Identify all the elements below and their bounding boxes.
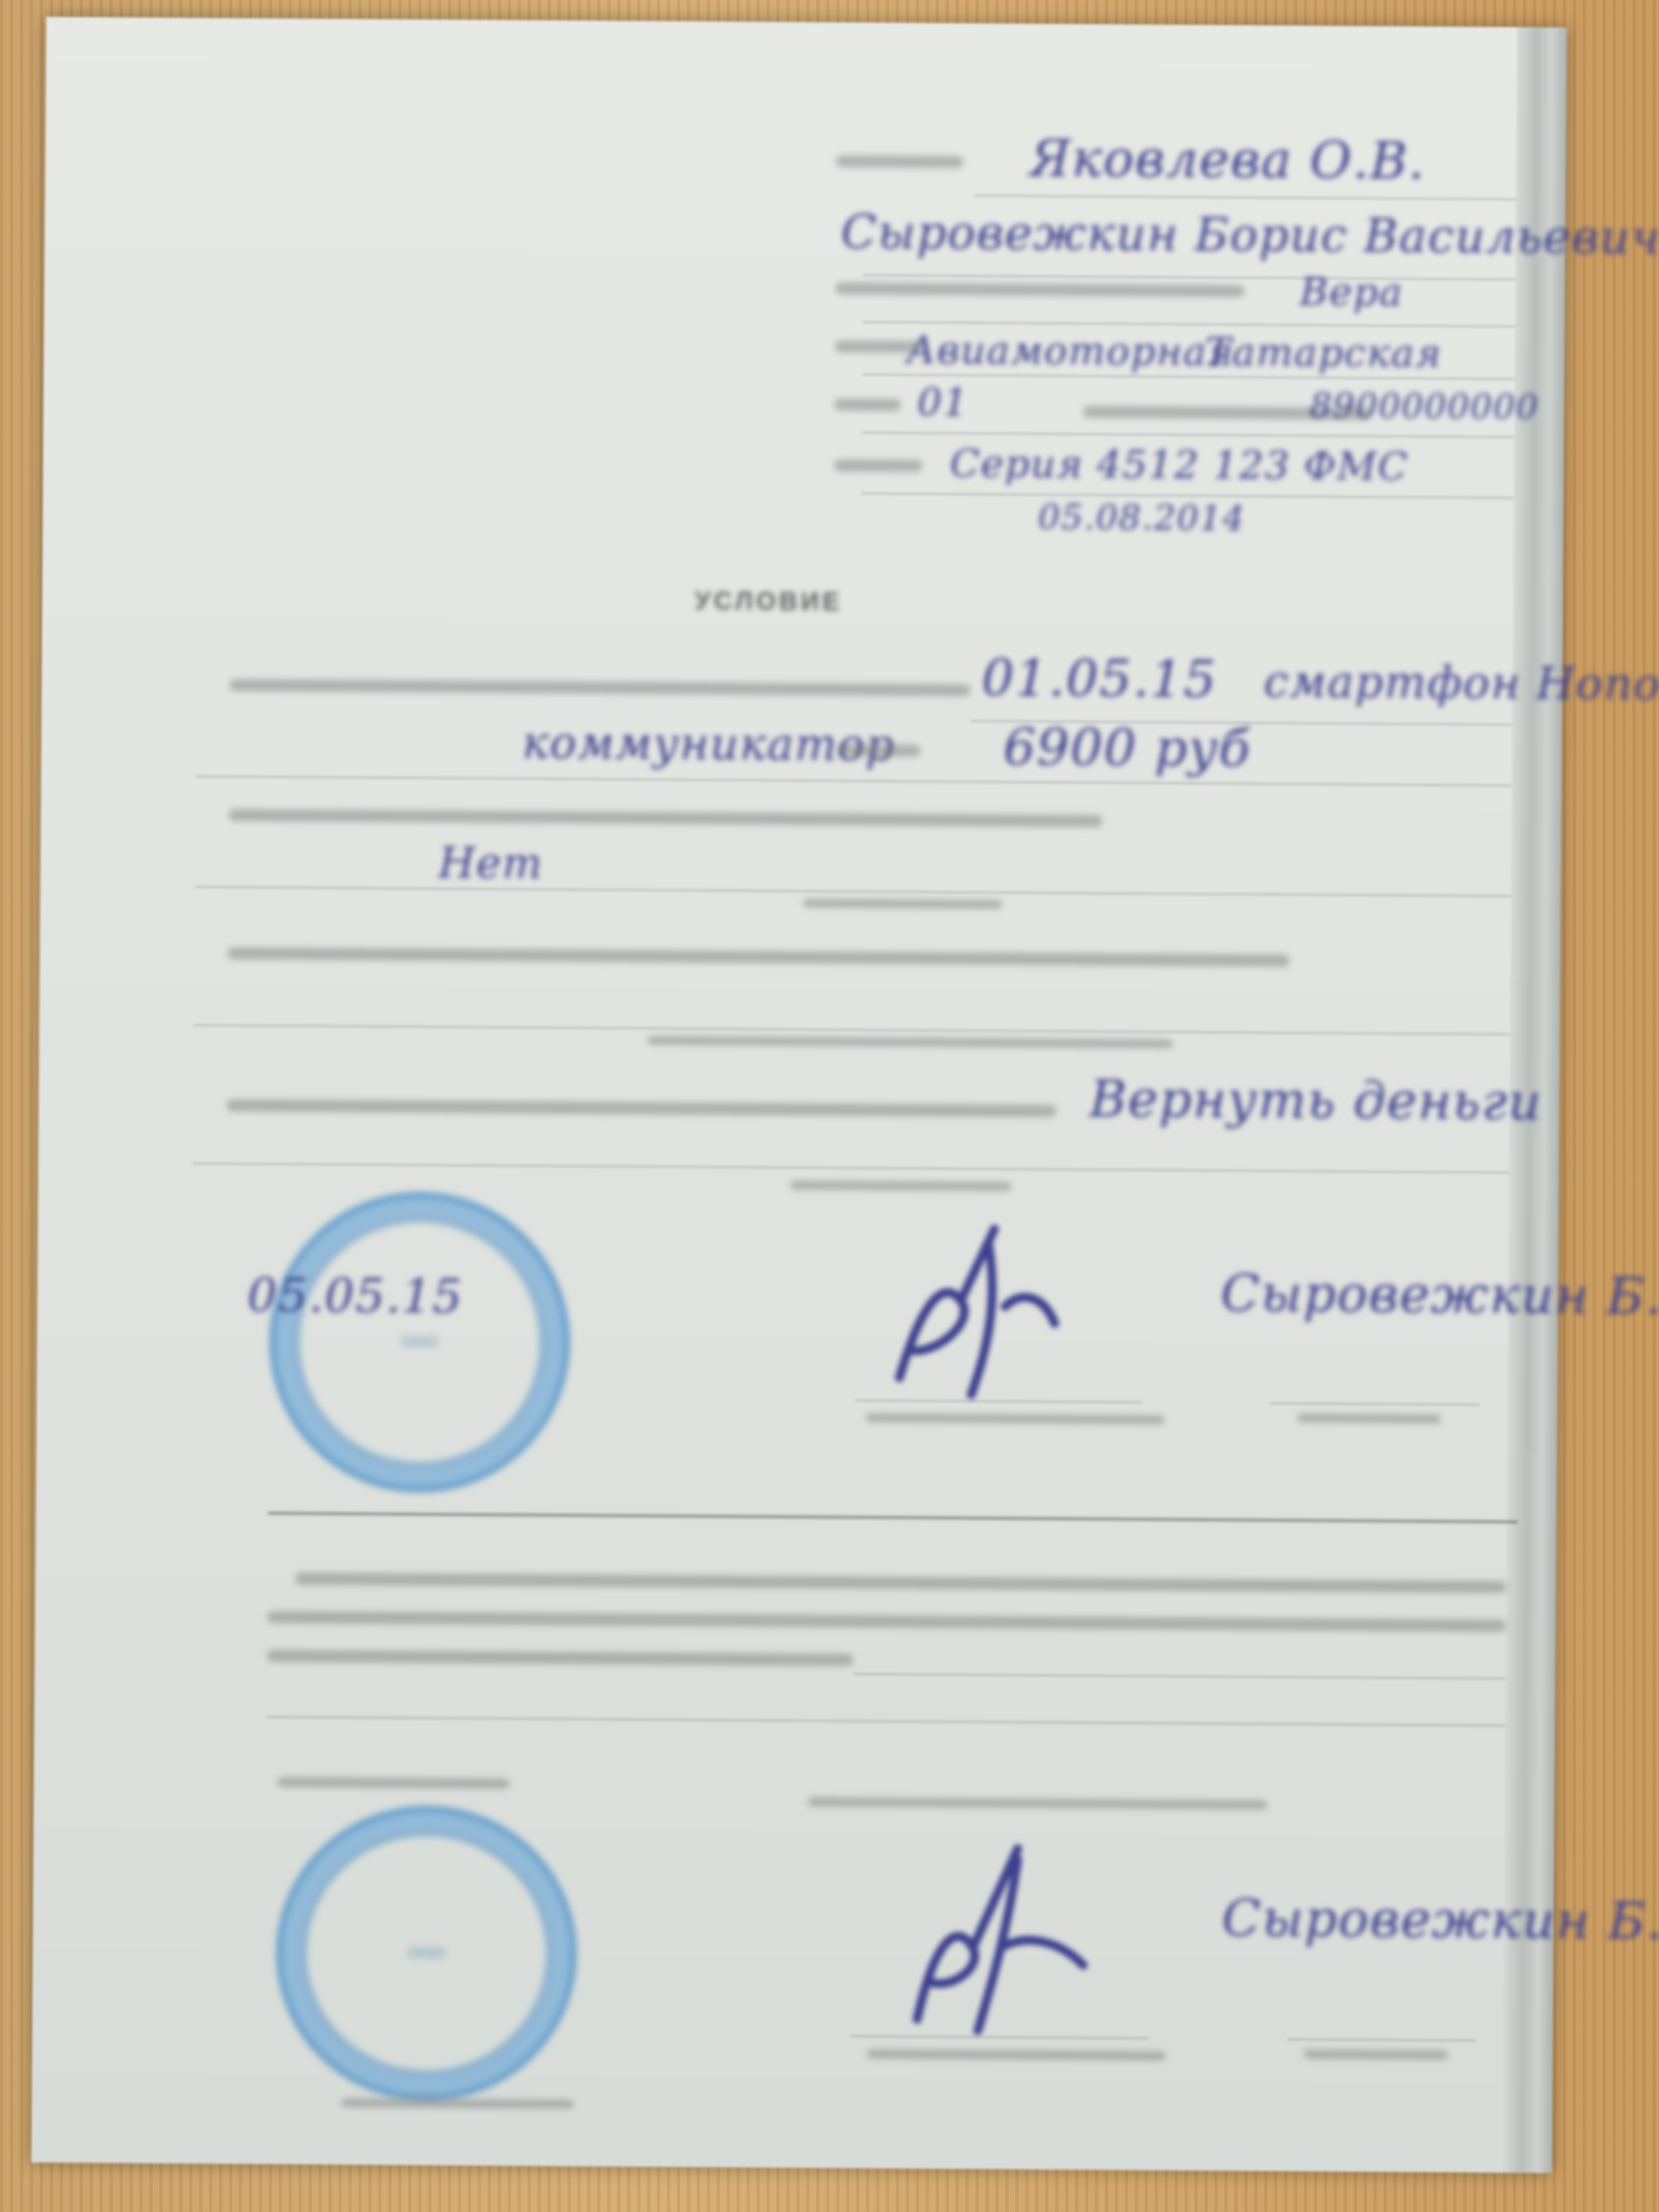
field-underline — [853, 1673, 1506, 1679]
printed-label — [277, 1777, 509, 1788]
item-value: смартфон Honor 8s — [1264, 656, 1659, 711]
purchase-date-value: 01.05.15 — [982, 648, 1217, 709]
section-2-printed-text — [228, 947, 1290, 967]
field-underline — [863, 274, 1515, 280]
street-value: Авиамоторная — [906, 327, 1234, 374]
price-value: 6900 руб — [1003, 718, 1251, 779]
phone-value: 8900000000 — [1310, 385, 1539, 427]
field-underline — [195, 886, 1511, 897]
company-stamp-2: ООО — [275, 1804, 578, 2102]
field-caption — [341, 2098, 573, 2109]
field-caption — [790, 1181, 1011, 1191]
result-printed-text — [267, 1611, 1506, 1632]
printed-label — [837, 744, 920, 757]
field-underline — [196, 775, 1512, 786]
passport-value: Серия 4512 123 ФМС — [950, 441, 1409, 489]
to-whom-value: Яковлева О.В. — [1029, 129, 1426, 191]
signature-1 — [877, 1212, 1110, 1401]
section-divider — [268, 1511, 1518, 1524]
section-1-printed-text — [229, 679, 971, 696]
field-caption — [1297, 1413, 1441, 1423]
printed-label — [834, 398, 901, 411]
document-title: УСЛОВИЕ — [695, 586, 843, 617]
field-caption — [648, 1036, 1173, 1048]
result-printed-text — [295, 1573, 1506, 1593]
stamp-text: ООО — [333, 1333, 506, 1352]
document-page: Яковлева О.В. Сыровежкин Борис Васильеви… — [31, 17, 1567, 2173]
field-caption — [867, 2049, 1166, 2060]
stamp-text: ООО — [340, 1944, 513, 1963]
field-underline — [1287, 2038, 1475, 2041]
passport-date-value: 05.08.2014 — [1038, 497, 1246, 539]
defect-value: Нет — [439, 838, 544, 888]
house-value: 01 — [917, 379, 969, 425]
signature-1-name: Сыровежкин Б.В. — [1220, 1264, 1659, 1326]
field-caption — [866, 1413, 1165, 1425]
demand-value: Вернуть деньги — [1089, 1070, 1542, 1132]
printed-label — [834, 459, 922, 472]
field-underline — [267, 1716, 1505, 1726]
field-underline — [1270, 1402, 1480, 1406]
item-detail-value: коммуникатор — [522, 717, 895, 771]
from-whom-value: Сыровежкин Борис Васильевич — [841, 205, 1659, 264]
field-underline — [194, 1024, 1510, 1035]
printed-label — [835, 282, 1244, 297]
company-stamp: ООО — [268, 1191, 571, 1494]
street-suffix-value: Татарская — [1205, 329, 1442, 376]
signature-2 — [895, 1837, 1107, 2037]
printed-label — [836, 155, 963, 168]
field-underline — [862, 432, 1514, 438]
section-1-printed-text — [228, 809, 1102, 827]
stamp-date-value: 05.05.15 — [247, 1268, 463, 1324]
signature-2-name: Сыровежкин Б.В. — [1222, 1888, 1659, 1951]
residence-value: Вера — [1300, 269, 1404, 315]
result-printed-text — [267, 1650, 853, 1666]
field-caption — [803, 899, 1002, 909]
section-3-printed-text — [227, 1099, 1056, 1117]
field-caption — [1304, 2049, 1448, 2059]
field-underline — [863, 321, 1515, 327]
field-underline — [193, 1162, 1509, 1173]
field-caption — [808, 1797, 1267, 1809]
field-underline — [974, 195, 1516, 200]
